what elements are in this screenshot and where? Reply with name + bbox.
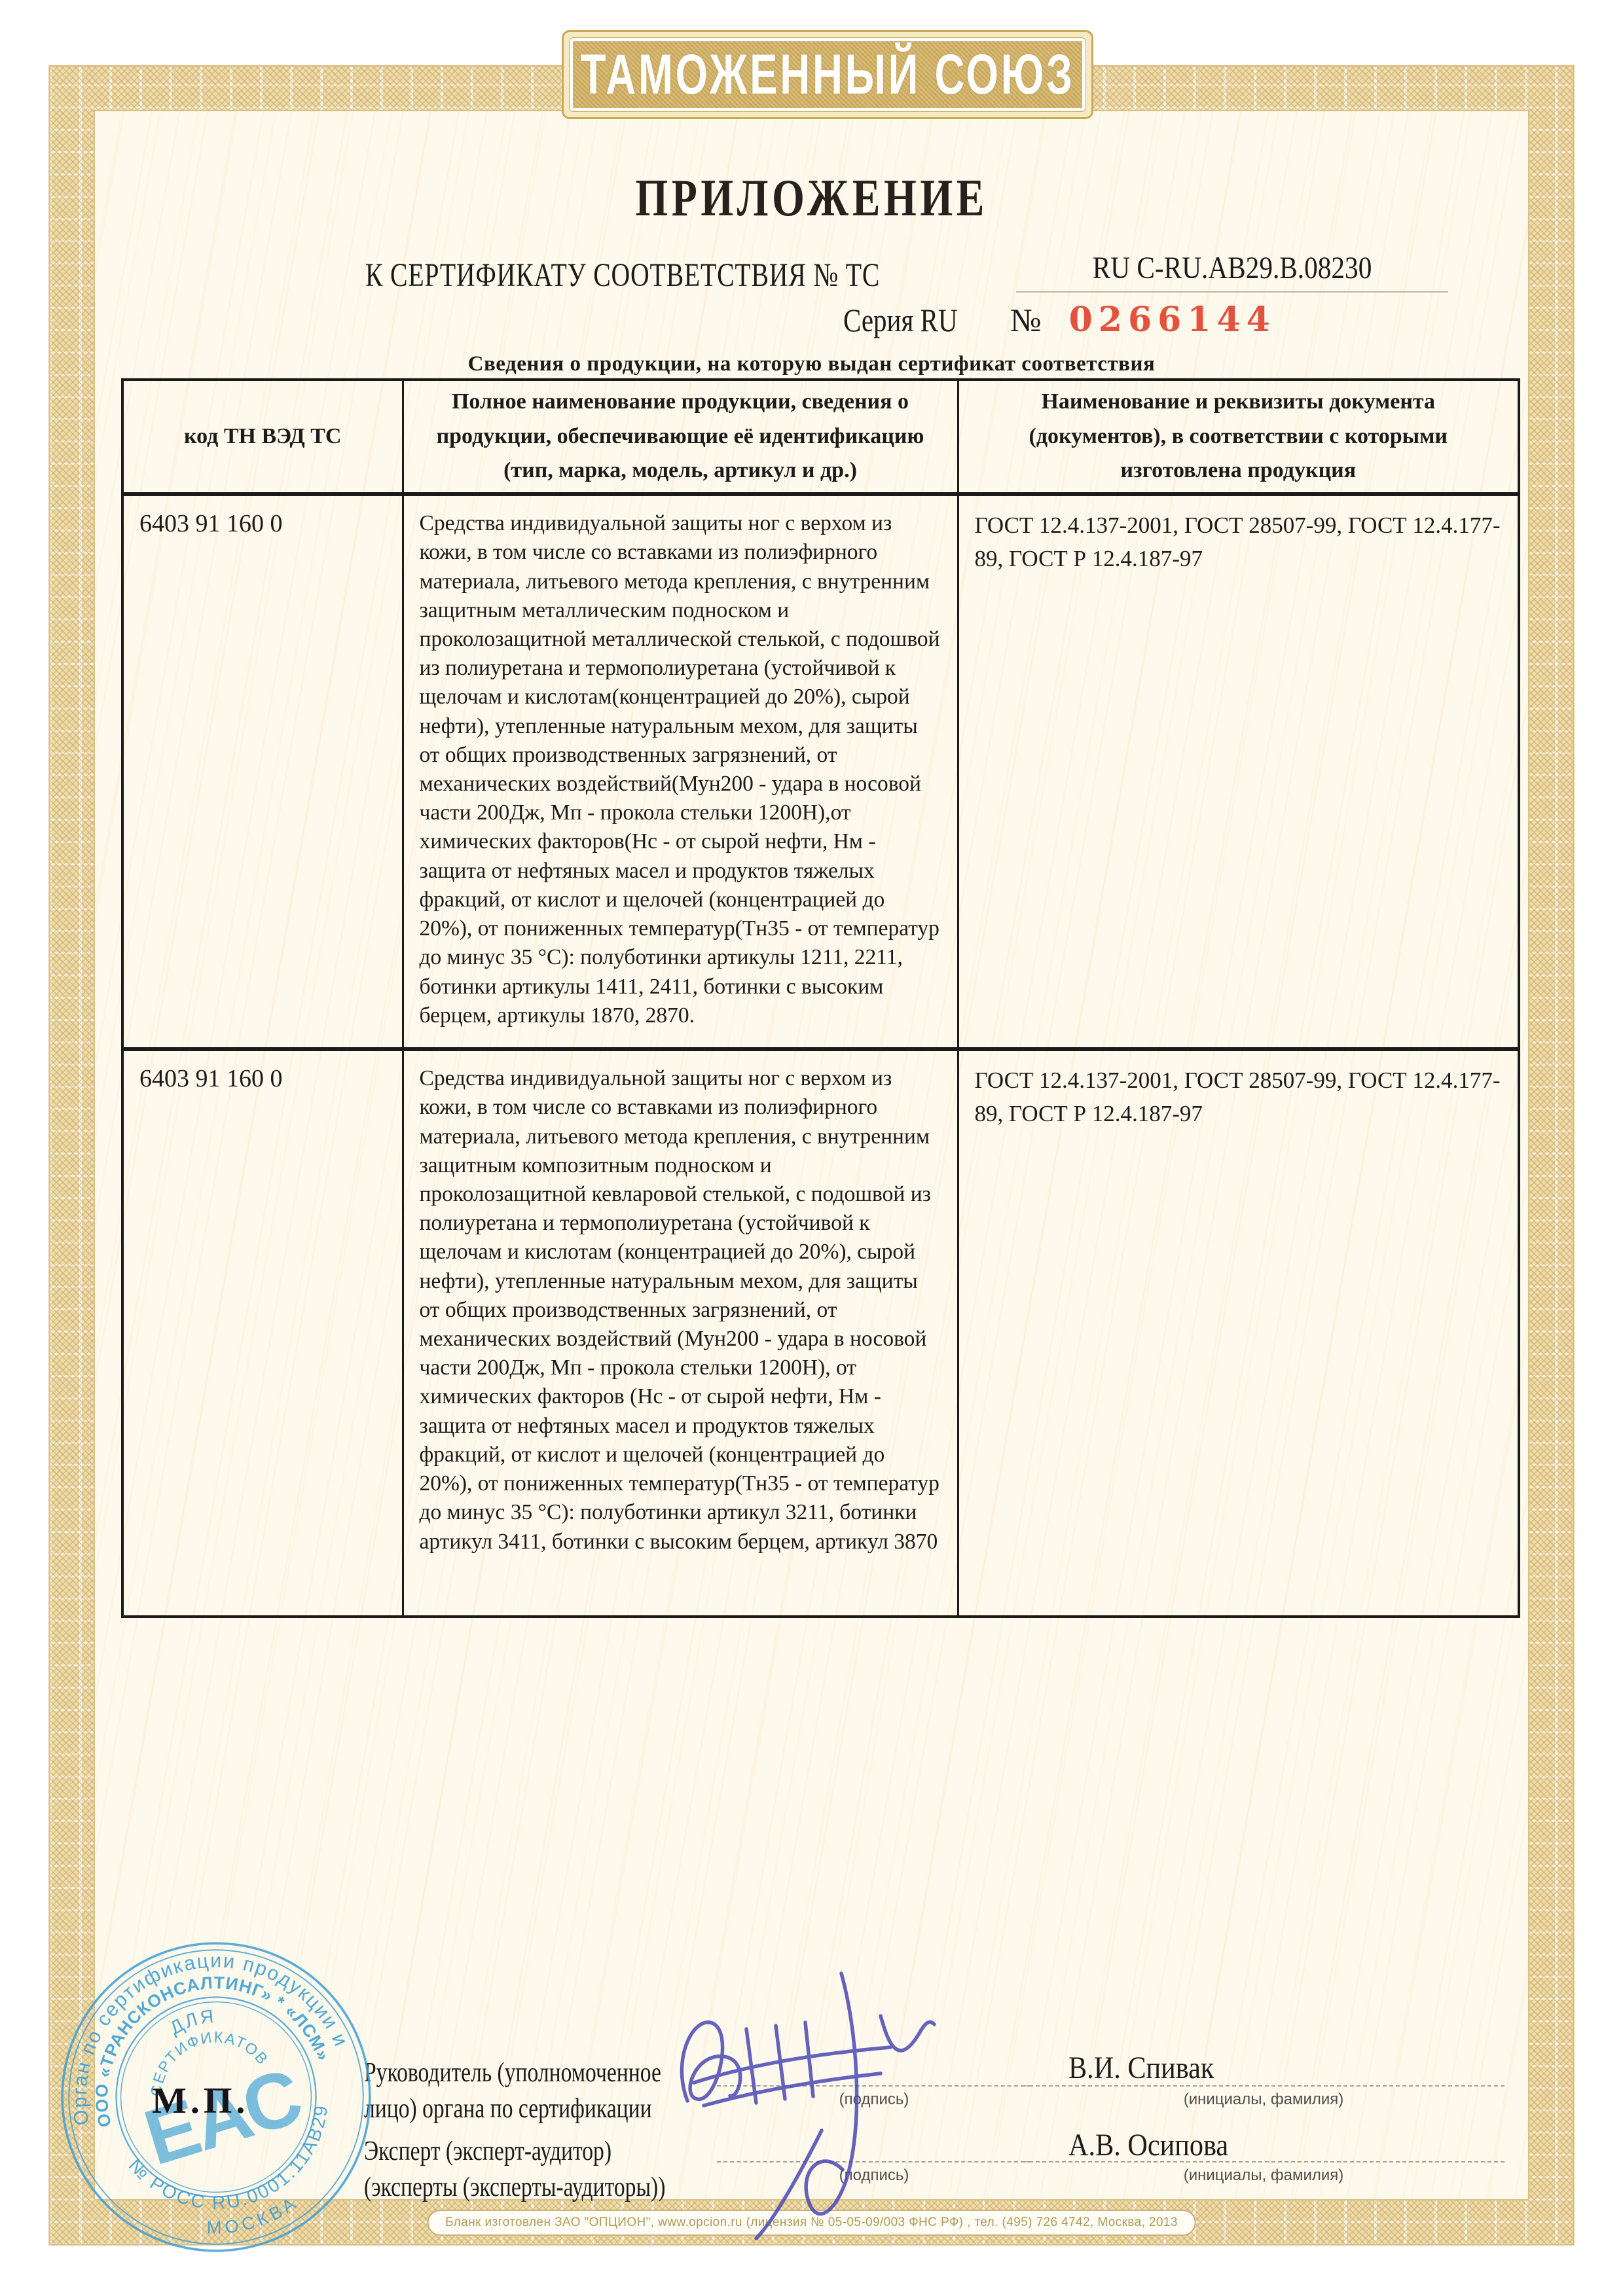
products-table-caption: Сведения о продукции, на которую выдан с… (0, 352, 1623, 376)
series-number-sign: № (1010, 301, 1042, 339)
documents-cell: ГОСТ 12.4.137-2001, ГОСТ 28507-99, ГОСТ … (958, 1049, 1519, 1617)
handwritten-signature-icon (625, 1954, 979, 2261)
page-title: ПРИЛОЖЕНИЕ (0, 169, 1623, 228)
series-number: 0266144 (1069, 300, 1276, 340)
series-label: Серия RU (843, 301, 983, 339)
customs-union-badge: ТАМОЖЕННЫЙ СОЮЗ (562, 30, 1093, 119)
name-caption: (инициалы, фамилия) (1023, 2090, 1504, 2109)
documents-cell: ГОСТ 12.4.137-2001, ГОСТ 28507-99, ГОСТ … (958, 494, 1519, 1049)
certificate-number: RU C-RU.АВ29.В.08230 (1016, 250, 1448, 293)
products-table: код ТН ВЭД ТС Полное наименование продук… (121, 378, 1520, 1618)
tnved-code-header: код ТН ВЭД ТС (122, 380, 403, 494)
certificate-reference-label: К СЕРТИФИКАТУ СООТВЕТСТВИЯ № ТС (365, 257, 1025, 295)
table-row: 6403 91 160 0 Средства индивидуальной за… (122, 494, 1519, 1049)
tnved-code-cell: 6403 91 160 0 (122, 494, 403, 1049)
documents-header: Наименование и реквизиты документа (доку… (958, 380, 1519, 494)
certificate-page: ТАМОЖЕННЫЙ СОЮЗ ПРИЛОЖЕНИЕ К СЕРТИФИКАТУ… (0, 0, 1623, 2296)
signatory-name: В.И. Спивак (1068, 2050, 1234, 2086)
customs-union-badge-label: ТАМОЖЕННЫЙ СОЮЗ (581, 43, 1075, 107)
products-table-wrapper: код ТН ВЭД ТС Полное наименование продук… (121, 378, 1520, 1618)
mp-mark: М.П. (152, 2080, 249, 2122)
tnved-code-cell: 6403 91 160 0 (122, 1049, 403, 1617)
product-description-cell: Средства индивидуальной защиты ног с вер… (403, 494, 958, 1049)
customs-union-badge-panel: ТАМОЖЕННЫЙ СОЮЗ (570, 38, 1085, 111)
series-row: Серия RU № 0266144 (843, 300, 1276, 340)
product-name-header: Полное наименование продукции, сведения … (403, 380, 958, 494)
product-description-cell: Средства индивидуальной защиты ног с вер… (403, 1049, 958, 1617)
name-caption: (инициалы, фамилия) (1023, 2166, 1504, 2185)
signatory-name: А.В. Осипова (1068, 2127, 1250, 2163)
table-header-row: код ТН ВЭД ТС Полное наименование продук… (122, 380, 1519, 494)
table-row: 6403 91 160 0 Средства индивидуальной за… (122, 1049, 1519, 1617)
